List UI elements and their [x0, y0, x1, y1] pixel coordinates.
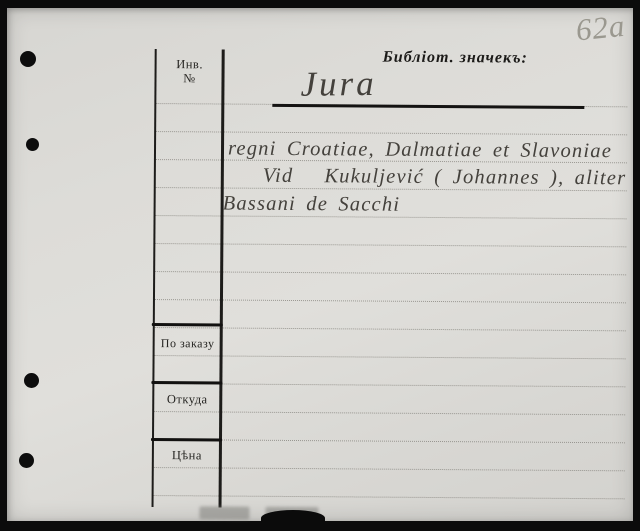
ruled-line [154, 439, 625, 443]
handwritten-line: Bassani de Sacchi [223, 193, 401, 217]
ruled-lines [7, 8, 633, 12]
inventory-label-line1: Инв. [176, 57, 203, 71]
scan-border-blob [261, 510, 325, 526]
inventory-number-label: Инв. № [155, 58, 223, 86]
title-underline [272, 104, 584, 109]
ruled-line [155, 271, 626, 275]
origin-label: Откуда [153, 393, 221, 407]
handwritten-title: Jura [300, 64, 377, 105]
ruled-line [154, 383, 625, 387]
by-order-label: По заказу [154, 337, 222, 351]
price-label: Цѣна [153, 449, 221, 463]
column-separator [151, 438, 222, 441]
ruled-line [154, 495, 625, 499]
ruled-line [156, 131, 627, 135]
scanned-catalog-card: Инв. № По заказу Откуда Цѣна Библіот. зн… [0, 0, 640, 531]
handwritten-line: regni Croatiae, Dalmatiae et Slavoniae [228, 138, 612, 164]
inventory-label-line2: № [183, 71, 196, 85]
ruled-line [154, 467, 625, 471]
card-paper: Инв. № По заказу Откуда Цѣна Библіот. зн… [7, 8, 633, 521]
smudge-mark [199, 506, 249, 519]
column-separator [151, 381, 222, 384]
ruled-line [154, 411, 625, 415]
handwritten-line: Vid Kukuljević ( Johannes ), aliter [263, 165, 627, 191]
library-mark-header: Библіот. значекъ: [383, 49, 528, 68]
ruled-line [155, 299, 626, 303]
pencil-shelfmark: 62a [574, 8, 627, 49]
ruled-line [155, 243, 626, 247]
column-separator [152, 323, 223, 326]
ruled-line [155, 355, 626, 359]
ruled-line [155, 327, 626, 331]
card-content: Инв. № По заказу Откуда Цѣна Библіот. зн… [3, 8, 633, 525]
